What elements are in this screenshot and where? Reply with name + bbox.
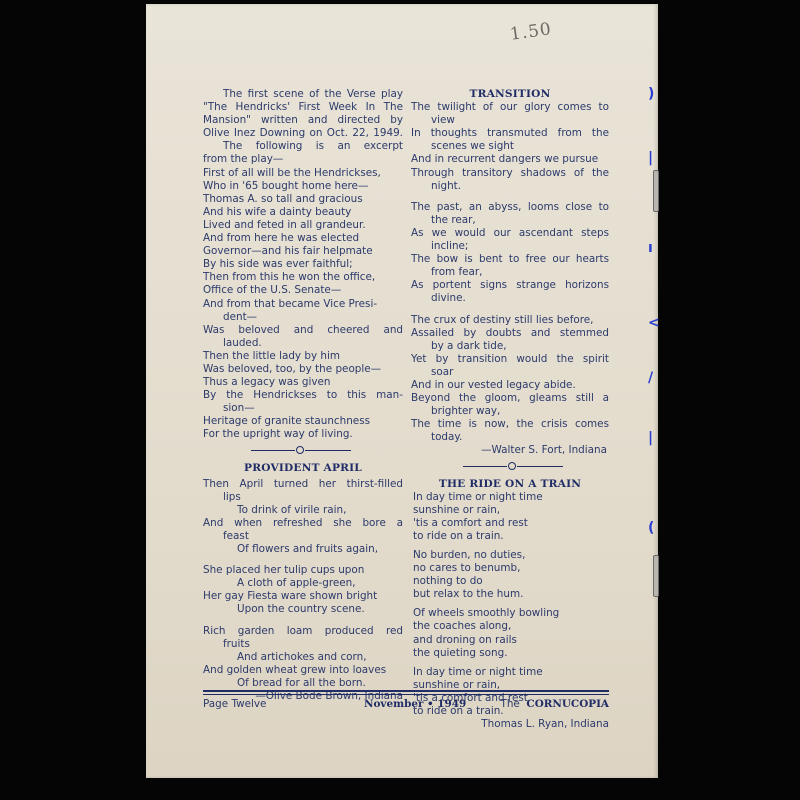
- text-line: Governor—and his fair helpmate: [203, 245, 403, 258]
- text-line: By the Hendrickses to this man-: [203, 389, 403, 402]
- text-line: soar: [411, 366, 609, 379]
- ornament-divider: [411, 460, 609, 472]
- text-line: Thus a legacy was given: [203, 376, 403, 389]
- bleed-through-mark: ): [648, 86, 656, 102]
- text-line: the coaches along,: [413, 620, 609, 633]
- text-line: from fear,: [411, 266, 609, 279]
- text-line: the rear,: [411, 214, 609, 227]
- right-column: TRANSITION The twilight of our glory com…: [411, 88, 609, 731]
- text-line: lauded.: [203, 337, 403, 350]
- text-line: In thoughts transmuted from the: [411, 127, 609, 140]
- text-line: nothing to do: [413, 575, 609, 588]
- magazine-title: The CORNUCOPIA: [500, 698, 609, 710]
- poem-provident-april: Then April turned her thirst-filledlipsT…: [203, 478, 403, 690]
- text-line: [411, 306, 609, 314]
- bleed-through-mark: |: [648, 430, 656, 446]
- staple: [653, 170, 659, 212]
- poem-signature: —Walter S. Fort, Indiana: [411, 444, 609, 457]
- staple: [653, 555, 659, 597]
- text-line: Who in '65 bought home here—: [203, 180, 403, 193]
- text-line: Her gay Fiesta ware shown bright: [203, 590, 403, 603]
- text-line: Upon the country scene.: [203, 603, 403, 616]
- text-line: lips: [203, 491, 403, 504]
- text-line: Olive Inez Downing on Oct. 22, 1949.: [203, 127, 403, 140]
- poem-ride-on-a-train: In day time or night timesunshine or rai…: [411, 491, 609, 719]
- text-line: Of bread for all the born.: [203, 677, 403, 690]
- text-line: And his wife a dainty beauty: [203, 206, 403, 219]
- text-line: Office of the U.S. Senate—: [203, 284, 403, 297]
- text-line: For the upright way of living.: [203, 428, 403, 441]
- text-line: scenes we sight: [411, 140, 609, 153]
- text-line: no cares to benumb,: [413, 562, 609, 575]
- text-line: night.: [411, 180, 609, 193]
- text-line: brighter way,: [411, 405, 609, 418]
- text-line: She placed her tulip cups upon: [203, 564, 403, 577]
- text-line: The past, an abyss, looms close to: [411, 201, 609, 214]
- text-line: To drink of virile rain,: [203, 504, 403, 517]
- text-line: Assailed by doubts and stemmed: [411, 327, 609, 340]
- text-line: 'tis a comfort and rest: [413, 517, 609, 530]
- text-line: sion—: [203, 402, 403, 415]
- bleed-through-mark: /: [648, 370, 656, 386]
- text-line: In day time or night time: [413, 491, 609, 504]
- text-line: And from that became Vice Presi-: [203, 298, 403, 311]
- text-line: A cloth of apple-green,: [203, 577, 403, 590]
- text-line: And golden wheat grew into loaves: [203, 664, 403, 677]
- text-line: [203, 617, 403, 625]
- left-column: The first scene of the Verse play"The He…: [203, 88, 403, 703]
- text-line: Of wheels smoothly bowling: [413, 607, 609, 620]
- text-line: Beyond the gloom, gleams still a: [411, 392, 609, 405]
- poem-title-provident-april: PROVIDENT APRIL: [203, 462, 403, 475]
- issue-date: November • 1949: [364, 698, 466, 710]
- text-line: Thomas A. so tall and gracious: [203, 193, 403, 206]
- play-excerpt: First of all will be the Hendrickses,Who…: [203, 167, 403, 442]
- text-line: By his side was ever faithful;: [203, 258, 403, 271]
- footer-rule: [203, 690, 609, 692]
- text-line: And from here he was elected: [203, 232, 403, 245]
- poem-title-transition: TRANSITION: [411, 88, 609, 101]
- text-line: The time is now, the crisis comes: [411, 418, 609, 431]
- text-line: As we would our ascendant steps: [411, 227, 609, 240]
- text-line: The following is an excerpt: [203, 140, 403, 153]
- text-line: [411, 193, 609, 201]
- text-line: divine.: [411, 292, 609, 305]
- text-line: the quieting song.: [413, 647, 609, 660]
- text-line: The bow is bent to free our hearts: [411, 253, 609, 266]
- text-line: to ride on a train.: [413, 530, 609, 543]
- text-line: First of all will be the Hendrickses,: [203, 167, 403, 180]
- text-line: sunshine or rain,: [413, 504, 609, 517]
- text-line: Mansion" written and directed by: [203, 114, 403, 127]
- text-line: Yet by transition would the spirit: [411, 353, 609, 366]
- text-line: No burden, no duties,: [413, 549, 609, 562]
- poem-transition: The twilight of our glory comes toviewIn…: [411, 101, 609, 444]
- text-line: Was beloved and cheered and: [203, 324, 403, 337]
- text-line: but relax to the hum.: [413, 588, 609, 601]
- text-line: feast: [203, 530, 403, 543]
- text-line: And when refreshed she bore a: [203, 517, 403, 530]
- poem-signature: Thomas L. Ryan, Indiana: [411, 718, 609, 731]
- play-intro: The first scene of the Verse play"The He…: [203, 88, 403, 167]
- bleed-through-mark: ı: [648, 240, 656, 256]
- text-line: "The Hendricks' First Week In The: [203, 101, 403, 114]
- bleed-through-mark: <: [648, 315, 656, 331]
- text-line: dent—: [203, 311, 403, 324]
- text-line: fruits: [203, 638, 403, 651]
- text-line: and droning on rails: [413, 634, 609, 647]
- ornament-divider: [203, 444, 403, 456]
- poem-title-ride-on-a-train: THE RIDE ON A TRAIN: [411, 478, 609, 491]
- bleed-through-mark: |: [648, 150, 656, 166]
- text-line: And in recurrent dangers we pursue: [411, 153, 609, 166]
- text-line: Heritage of granite staunchness: [203, 415, 403, 428]
- page-number: Page Twelve: [203, 698, 266, 710]
- text-line: by a dark tide,: [411, 340, 609, 353]
- text-line: Lived and feted in all grandeur.: [203, 219, 403, 232]
- text-line: Rich garden loam produced red: [203, 625, 403, 638]
- text-line: view: [411, 114, 609, 127]
- text-line: Through transitory shadows of the: [411, 167, 609, 180]
- text-line: Of flowers and fruits again,: [203, 543, 403, 556]
- text-line: In day time or night time: [413, 666, 609, 679]
- page-footer: Page Twelve November • 1949 The CORNUCOP…: [203, 698, 609, 714]
- text-line: As portent signs strange horizons: [411, 279, 609, 292]
- text-line: The twilight of our glory comes to: [411, 101, 609, 114]
- text-line: The first scene of the Verse play: [203, 88, 403, 101]
- text-line: And artichokes and corn,: [203, 651, 403, 664]
- text-line: incline;: [411, 240, 609, 253]
- text-line: Then April turned her thirst-filled: [203, 478, 403, 491]
- bleed-through-mark: (: [648, 520, 656, 536]
- text-line: today.: [411, 431, 609, 444]
- text-line: Then the little lady by him: [203, 350, 403, 363]
- text-line: And in our vested legacy abide.: [411, 379, 609, 392]
- text-line: Was beloved, too, by the people—: [203, 363, 403, 376]
- footer-rule-thin: [203, 694, 609, 695]
- text-line: from the play—: [203, 153, 403, 166]
- text-line: [203, 556, 403, 564]
- text-line: Then from this he won the office,: [203, 271, 403, 284]
- text-line: The crux of destiny still lies before,: [411, 314, 609, 327]
